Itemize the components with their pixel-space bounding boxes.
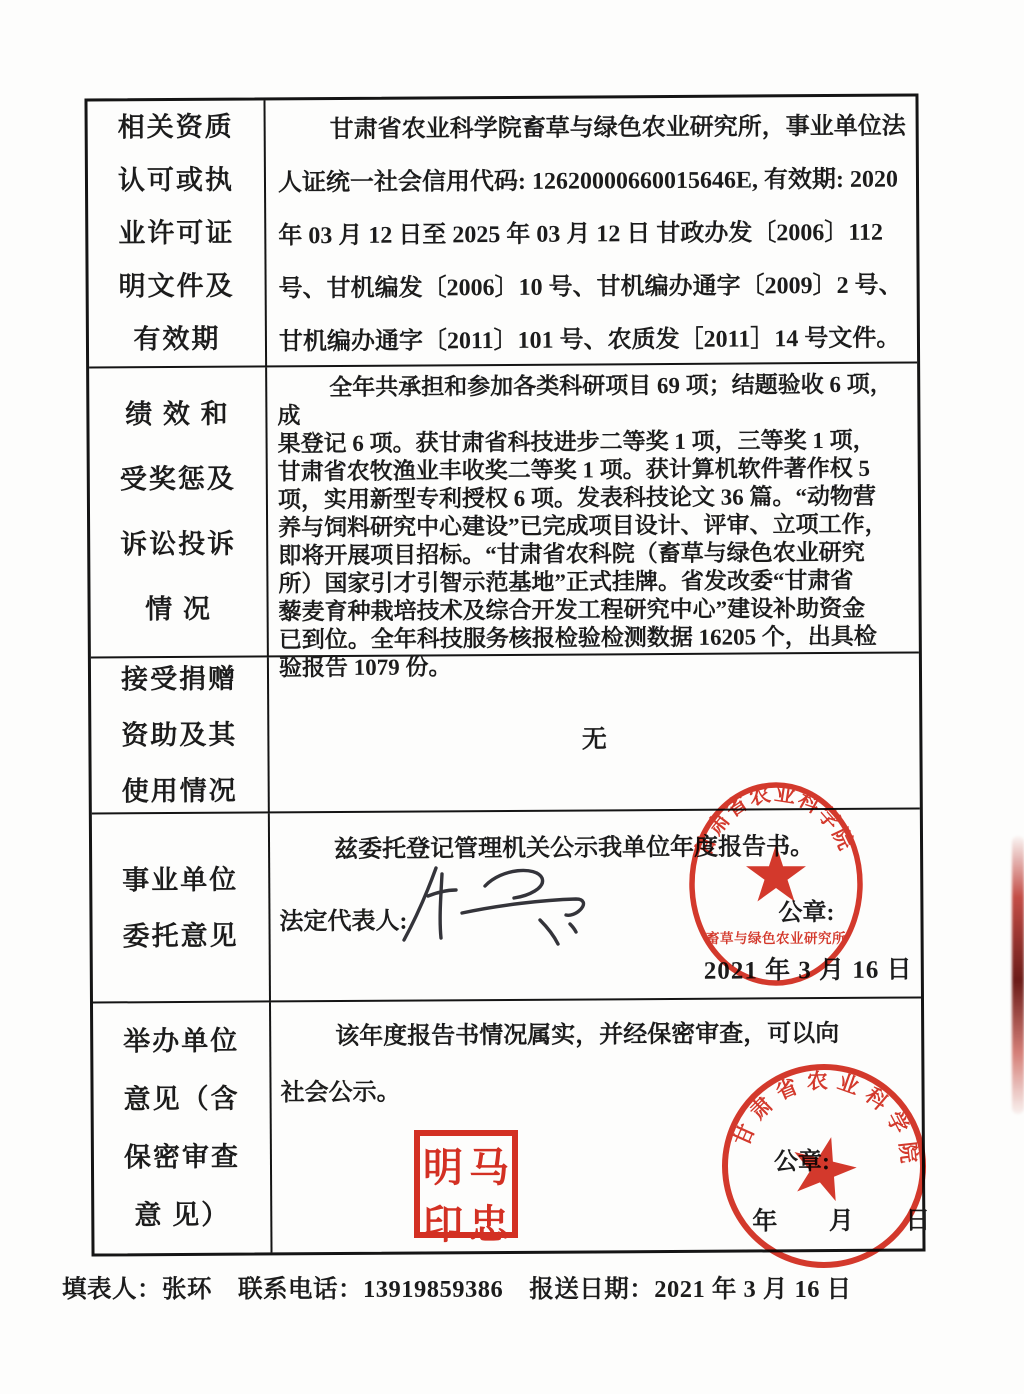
row-content-performance: 全年共承担和参加各类科研项目 69 项；结题验收 6 项，成 果登记 6 项。获…: [267, 363, 919, 655]
red-ink-streak: [1012, 836, 1024, 1114]
footer-line: 填表人： 张环 联系电话： 13919859386 报送日期： 2021 年 3…: [62, 1270, 852, 1305]
label-line: 情 况: [145, 577, 212, 642]
none-value: 无: [269, 717, 919, 757]
text-line: 人证统一社会信用代码: 12620000660015646E, 有效期: 202…: [278, 154, 906, 211]
row-label-unit-opinion: 事业单位 委托意见: [92, 813, 271, 1001]
official-seal-label: 公章:: [778, 892, 834, 927]
label-line: 绩 效 和: [125, 382, 230, 448]
text-line: 年 03 月 12 日至 2025 年 03 月 12 日 甘政办发〔2006〕…: [278, 207, 906, 264]
text-line: 所）国家引才引智示范基地”正式挂牌。省发改委“甘肃省: [278, 567, 910, 599]
table-row-qualifications: 相关资质 认可或执 业许可证 明文件及 有效期 甘肃省农业科学院畜草与绿色农业研…: [87, 96, 917, 368]
label-line: 使用情况: [122, 763, 238, 820]
text-line: 藜麦育种栽培技术及综合开发工程研究中心”建设补助资金: [279, 595, 911, 627]
label-line: 相关资质: [117, 101, 233, 155]
label-line: 意 见）: [134, 1186, 230, 1245]
legal-representative-signature: [390, 858, 595, 953]
official-seal-label: 公章:: [774, 1141, 830, 1176]
row-content-organizer-opinion: 该年度报告书情况属实，并经保密审查，可以向 社会公示。 公章: 年 月 日: [271, 998, 923, 1252]
label-line: 举办单位: [123, 1012, 239, 1071]
row-label-donations: 接受捐赠 资助及其 使用情况: [91, 657, 270, 812]
submit-date-label: 报送日期：: [529, 1270, 654, 1305]
label-line: 意见（含: [123, 1070, 239, 1129]
label-line: 诉讼投诉: [120, 512, 236, 578]
personal-name-seal: 明 马 印 忠: [414, 1130, 518, 1238]
label-line: 认可或执: [118, 154, 234, 208]
month-char: 月: [829, 1201, 854, 1237]
blank-date-line: 年 月 日: [752, 1200, 930, 1237]
seal-char: 忠: [466, 1193, 512, 1250]
text-line: 即将开展项目招标。“甘肃省农科院（畜草与绿色农业研究: [278, 539, 910, 571]
row-label-organizer-opinion: 举办单位 意见（含 保密审查 意 见）: [93, 1002, 273, 1253]
text-line: 甘肃省农牧渔业丰收奖二等奖 1 项。获计算机软件著作权 5: [278, 455, 910, 487]
row-content-unit-opinion: 兹委托登记管理机关公示我单位年度报告书。 法定代表人: 公章: 2021 年 3…: [270, 809, 921, 1000]
year-char: 年: [752, 1201, 777, 1237]
annual-report-document-page: 相关资质 认可或执 业许可证 明文件及 有效期 甘肃省农业科学院畜草与绿色农业研…: [0, 0, 1024, 1394]
contact-phone-label: 联系电话：: [238, 1270, 363, 1305]
label-line: 接受捐赠: [121, 651, 237, 708]
label-line: 明文件及: [118, 260, 234, 314]
seal-char: 马: [466, 1136, 512, 1193]
label-line: 业许可证: [118, 207, 234, 261]
row-content-donations: 无: [269, 653, 920, 811]
contact-phone-number: 13919859386: [363, 1276, 503, 1304]
table-row-performance: 绩 效 和 受奖惩及 诉讼投诉 情 况 全年共承担和参加各类科研项目 69 项；…: [89, 363, 919, 658]
submit-date-value: 2021 年 3 月 16 日: [654, 1270, 851, 1305]
label-line: 受奖惩及: [120, 447, 236, 513]
report-table: 相关资质 认可或执 业许可证 明文件及 有效期 甘肃省农业科学院畜草与绿色农业研…: [84, 93, 925, 1256]
text-line: 甘机编办通字〔2011〕101 号、农质发［2011］14 号文件。: [279, 313, 907, 370]
label-line: 保密审查: [124, 1128, 240, 1187]
row-label-qualifications: 相关资质 认可或执 业许可证 明文件及 有效期: [87, 100, 267, 366]
text-line: 甘肃省农业科学院畜草与绿色农业研究所，事业单位法: [278, 101, 906, 158]
row-content-qualifications: 甘肃省农业科学院畜草与绿色农业研究所，事业单位法 人证统一社会信用代码: 126…: [265, 96, 917, 365]
unit-opinion-date: 2021 年 3 月 16 日: [704, 950, 913, 987]
organizer-statement-line1: 该年度报告书情况属实，并经保密审查，可以向: [335, 1013, 839, 1051]
text-line: 果登记 6 项。获甘肃省科技进步二等奖 1 项，三等奖 1 项，: [278, 427, 910, 459]
seal-char: 明: [420, 1136, 466, 1193]
label-line: 委托意见: [122, 907, 238, 964]
organizer-statement-line2: 社会公示。: [280, 1072, 400, 1108]
text-line: 全年共承担和参加各类科研项目 69 项；结题验收 6 项，成: [277, 371, 909, 431]
day-char: 日: [905, 1200, 930, 1236]
label-line: 资助及其: [121, 707, 237, 764]
text-line: 已到位。全年科技服务核报检验检测数据 16205 个，出具检: [279, 623, 911, 655]
label-line: 事业单位: [122, 851, 238, 908]
text-line: 养与饲料研究中心建设”已完成项目设计、评审、立项工作，: [278, 511, 910, 543]
form-filler-name: 张环: [162, 1270, 212, 1305]
text-line: 号、甘机编发〔2006〕10 号、甘机编办通字〔2009〕2 号、: [278, 260, 906, 317]
legal-representative-label: 法定代表人:: [279, 901, 407, 937]
form-filler-label: 填表人：: [62, 1270, 162, 1305]
table-row-donations: 接受捐赠 资助及其 使用情况 无: [91, 653, 920, 814]
seal-char: 印: [420, 1193, 466, 1250]
text-line: 项，实用新型专利授权 6 项。发表科技论文 36 篇。“动物营: [278, 483, 910, 515]
row-label-performance: 绩 效 和 受奖惩及 诉讼投诉 情 况: [89, 367, 269, 656]
label-line: 有效期: [133, 313, 220, 367]
